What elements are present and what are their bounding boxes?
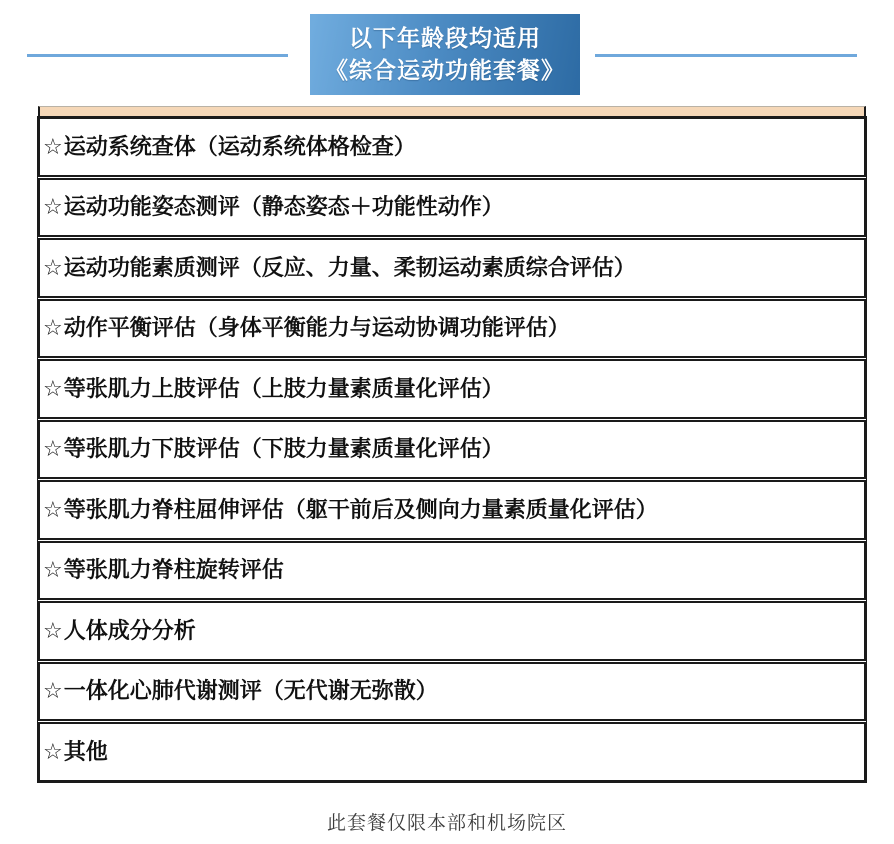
service-item-label: 动作平衡评估（身体平衡能力与运动协调功能评估） bbox=[64, 317, 570, 339]
service-item-label: 人体成分分析 bbox=[64, 620, 196, 642]
service-package-table: ☆运动系统查体（运动系统体格检查）☆运动功能姿态测评（静态姿态＋功能性动作）☆运… bbox=[38, 117, 866, 782]
table-row: ☆动作平衡评估（身体平衡能力与运动协调功能评估） bbox=[38, 299, 866, 359]
star-icon: ☆ bbox=[43, 196, 63, 218]
table-row: ☆运动功能姿态测评（静态姿态＋功能性动作） bbox=[38, 178, 866, 238]
service-item-label: 一体化心肺代谢测评（无代谢无弥散） bbox=[64, 680, 438, 702]
cropped-header-row-strip bbox=[38, 106, 866, 117]
service-item-label: 等张肌力脊柱屈伸评估（躯干前后及侧向力量素质量化评估） bbox=[64, 499, 658, 521]
table-row: ☆等张肌力脊柱旋转评估 bbox=[38, 541, 866, 601]
star-icon: ☆ bbox=[43, 499, 63, 521]
star-icon: ☆ bbox=[43, 620, 63, 642]
service-item-label: 其他 bbox=[64, 741, 108, 763]
table-row: ☆运动功能素质测评（反应、力量、柔韧运动素质综合评估） bbox=[38, 238, 866, 298]
right-divider-line bbox=[595, 54, 857, 57]
service-item-label: 等张肌力上肢评估（上肢力量素质量化评估） bbox=[64, 378, 504, 400]
star-icon: ☆ bbox=[43, 680, 63, 702]
star-icon: ☆ bbox=[43, 378, 63, 400]
service-item-label: 等张肌力脊柱旋转评估 bbox=[64, 559, 284, 581]
star-icon: ☆ bbox=[43, 559, 63, 581]
service-item-label: 运动系统查体（运动系统体格检查） bbox=[64, 136, 416, 158]
table-row: ☆一体化心肺代谢测评（无代谢无弥散） bbox=[38, 662, 866, 722]
star-icon: ☆ bbox=[43, 741, 63, 763]
table-row: ☆其他 bbox=[38, 722, 866, 782]
header-banner: 以下年龄段均适用 《综合运动功能套餐》 bbox=[310, 14, 580, 95]
left-divider-line bbox=[27, 54, 288, 57]
table-row: ☆运动系统查体（运动系统体格检查） bbox=[38, 117, 866, 177]
service-item-label: 运动功能素质测评（反应、力量、柔韧运动素质综合评估） bbox=[64, 257, 636, 279]
table-row: ☆等张肌力脊柱屈伸评估（躯干前后及侧向力量素质量化评估） bbox=[38, 480, 866, 540]
service-item-label: 等张肌力下肢评估（下肢力量素质量化评估） bbox=[64, 438, 504, 460]
service-item-label: 运动功能姿态测评（静态姿态＋功能性动作） bbox=[64, 196, 504, 218]
table-row: ☆等张肌力下肢评估（下肢力量素质量化评估） bbox=[38, 420, 866, 480]
banner-title-line2: 《综合运动功能套餐》 bbox=[325, 59, 565, 82]
star-icon: ☆ bbox=[43, 136, 63, 158]
star-icon: ☆ bbox=[43, 438, 63, 460]
banner-title-line1: 以下年龄段均适用 bbox=[349, 27, 541, 50]
star-icon: ☆ bbox=[43, 257, 63, 279]
table-row: ☆人体成分分析 bbox=[38, 601, 866, 661]
table-row: ☆等张肌力上肢评估（上肢力量素质量化评估） bbox=[38, 359, 866, 419]
star-icon: ☆ bbox=[43, 317, 63, 339]
footer-note: 此套餐仅限本部和机场院区 bbox=[0, 808, 894, 835]
